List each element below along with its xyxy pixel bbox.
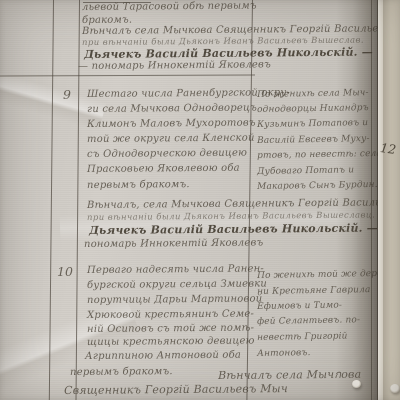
entry-closing-line: Священникъ Георгій Васильевъ Мыч [64, 383, 288, 396]
header-line: Дьячекъ Василій Васильевъ Никольскій. — [84, 46, 373, 60]
entry-witness-line: Ефимовъ и Тимо- [257, 302, 342, 312]
page-number: 12 [379, 142, 396, 157]
entry-witness-line: невестѣ Григорій [257, 332, 348, 343]
entry-body-line: ги села Мычкова Однодворецъ [87, 104, 257, 115]
entry-closing-line: Вѣнчалъ села Мычกова [218, 369, 361, 381]
entry-body-line: Прасковьею Яковлевою оба [87, 164, 240, 175]
entry-body-line: съ Однодворческою девицею [87, 149, 247, 160]
entry-clergy-line: при вѣнчаніи были Дьяконъ Иванъ Васильев… [87, 211, 375, 222]
entry-number: 10 [57, 266, 73, 279]
entry-witness-line: ни Крестьяне Гаврила [257, 286, 371, 297]
entry-witness-line: Кузьминъ Потаповъ и [257, 119, 368, 130]
ruled-line-horizontal [0, 75, 255, 77]
entry-witness-line: Василій Евсеевъ Муху- [257, 135, 370, 146]
entry-body-line: той же округи села Кленской [87, 134, 255, 145]
entry-body-line: бургской округи сельца Змиевки [87, 279, 267, 291]
entry-witness-line: По женихѣ той же дерев- [257, 270, 391, 281]
entry-witness-line: Дубоваго Потапъ и [257, 166, 354, 177]
entry-body-line: щицы крестьянскою девицею [87, 337, 255, 348]
ruled-line-vertical-left [49, 0, 54, 400]
entry-body-line: порутчицы Дарьи Мартиновой [87, 294, 262, 306]
entry-body-line: первымъ бракомъ. [70, 367, 173, 378]
paper-hole [352, 380, 361, 388]
entry-witness-line: По женихѣ села Мыч- [257, 89, 369, 100]
entry-witness-line: ртовъ, по невестѣ: села [257, 150, 382, 161]
header-line: бракомъ. [82, 16, 132, 26]
entry-witness-line: фей Селантьевъ. по- [257, 316, 360, 327]
entry-witness-line: однодворцы Никандръ [257, 104, 369, 115]
entry-body-line: Перваго надесять числа Ранен- [87, 264, 264, 276]
paper-hole [390, 384, 400, 393]
register-page-photo: льевой Тарасовой обѣ первымъ бракомъ. Вѣ… [0, 0, 400, 400]
entry-witness-line: Макаровъ Сынъ Бурдин. [257, 181, 378, 192]
entry-witness-line: Антоновъ. [257, 349, 311, 359]
entry-body-line: Агриппиною Антоновой оба [85, 351, 241, 362]
entry-clergy-line: Вѣнчалъ, села Мычкова Священникъ Георгій… [87, 198, 400, 211]
header-line: — пономарь Иннокентій Яковлевъ [78, 60, 271, 72]
entry-body-line: Климонъ Маловъ Мухоротовъ [87, 119, 256, 130]
entry-clergy-line: пономарь Иннокентій Яковлевъ [84, 238, 263, 250]
entry-body-line: Хрюковой крестьянинъ Семе- [87, 310, 254, 321]
entry-body-line: первымъ бракомъ. [87, 180, 190, 191]
header-line: льевой Тарасовой обѣ первымъ [82, 1, 257, 13]
entry-body-line: ній Осиповъ съ той же помѣ- [87, 324, 254, 335]
entry-number: 9 [63, 89, 71, 102]
entry-clergy-line: Дьячекъ Василій Васильевъ Никольскій. — [89, 222, 378, 236]
